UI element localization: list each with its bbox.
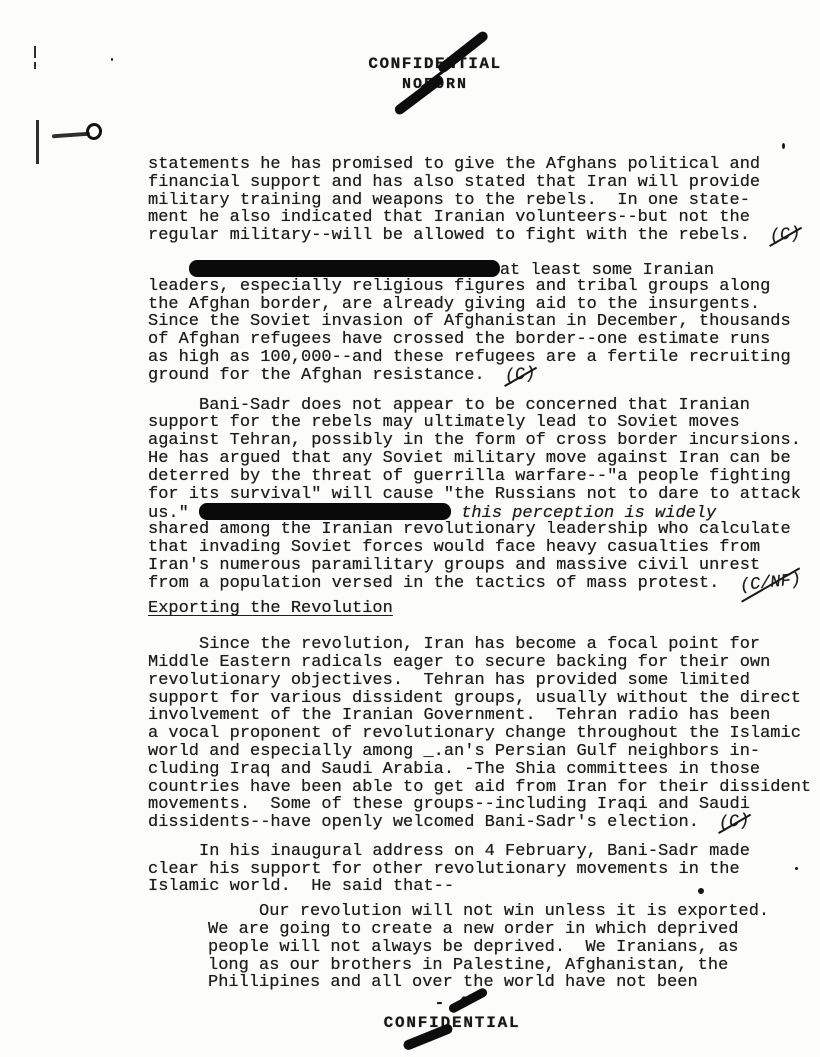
text-segment: against Tehran, possibly in the form of … — [148, 431, 801, 450]
text-segment: for its survival" will cause "the Russia… — [148, 485, 801, 504]
text-segment: In his inaugural address on 4 February, … — [148, 842, 750, 861]
text-line: that invading Soviet forces would face h… — [148, 539, 820, 557]
text-segment: of Afghan refugees have crossed the bord… — [148, 330, 770, 349]
text-segment: Islamic world. He said that-- — [148, 877, 454, 896]
text-segment: world and especially among _.an's Persia… — [148, 742, 760, 761]
text-line: people will not always be deprived. We I… — [208, 939, 820, 957]
text-line: dissidents--have openly welcomed Bani-Sa… — [148, 814, 820, 832]
text-line: ment he also indicated that Iranian volu… — [148, 209, 820, 227]
text-segment: cluding Iraq and Saudi Arabia. -The Shia… — [148, 760, 760, 779]
margin-scribble-mark — [52, 122, 104, 144]
para-since-the-revolution: Since the revolution, Iran has become a … — [148, 636, 820, 832]
blockquote-our-revolution: Our revolution will not win unless it is… — [208, 903, 820, 992]
margin-line-mark — [34, 62, 36, 69]
text-segment: Exporting the Revolution — [148, 599, 393, 618]
text-segment: financial support and has also stated th… — [148, 173, 760, 192]
text-segment: Iran's numerous paramilitary groups and … — [148, 556, 760, 575]
text-line: He has argued that any Soviet military m… — [148, 450, 820, 468]
text-segment: He has argued that any Soviet military m… — [148, 449, 791, 468]
text-segment: Bani-Sadr does not appear to be concerne… — [148, 396, 750, 415]
ink-speck — [111, 58, 113, 61]
text-line: involvement of the Iranian Government. T… — [148, 707, 820, 725]
text-line: Our revolution will not win unless it is… — [208, 903, 820, 921]
text-segment: long as our brothers in Palestine, Afgha… — [208, 956, 728, 975]
text-segment — [485, 366, 505, 385]
text-line: against Tehran, possibly in the form of … — [148, 432, 820, 450]
text-segment: dissidents--have openly welcomed Bani-Sa… — [148, 813, 699, 832]
classification-mark: (C) — [769, 226, 801, 247]
text-segment: people will not always be deprived. We I… — [208, 938, 739, 957]
redaction-bar — [199, 503, 451, 520]
text-line: statements he has promised to give the A… — [148, 156, 820, 174]
text-segment — [750, 226, 770, 245]
document-body: statements he has promised to give the A… — [148, 150, 820, 992]
text-line: revolutionary objectives. Tehran has pro… — [148, 672, 820, 690]
text-segment: support for the rebels may ultimately le… — [148, 413, 740, 432]
margin-line-mark — [36, 120, 39, 164]
text-line: Since the Soviet invasion of Afghanistan… — [148, 313, 820, 331]
text-line: ground for the Afghan resistance. (C) — [148, 367, 820, 385]
text-segment: Since the revolution, Iran has become a … — [148, 635, 760, 654]
text-line: from a population versed in the tactics … — [148, 575, 820, 593]
text-line: military training and weapons to the reb… — [148, 192, 820, 210]
text-segment: the Afghan border, are already giving ai… — [148, 295, 760, 314]
para-inaugural-address: In his inaugural address on 4 February, … — [148, 843, 820, 896]
text-line: deterred by the threat of guerrilla warf… — [148, 468, 820, 486]
text-segment: involvement of the Iranian Government. T… — [148, 706, 770, 725]
text-line: In his inaugural address on 4 February, … — [148, 843, 820, 861]
para-bani-sadr-soviet: Bani-Sadr does not appear to be concerne… — [148, 397, 820, 593]
section-heading-exporting-the-revolution: Exporting the Revolution — [148, 600, 820, 618]
text-line: for its survival" will cause "the Russia… — [148, 486, 820, 504]
text-line: a vocal proponent of revolutionary chang… — [148, 725, 820, 743]
margin-line-mark — [34, 46, 36, 58]
classification-mark: (C) — [718, 813, 750, 834]
redaction-bar — [189, 260, 500, 277]
text-segment: clear his support for other revolutionar… — [148, 860, 740, 879]
text-line: as high as 100,000--and these refugees a… — [148, 349, 820, 367]
text-line: shared among the Iranian revolutionary l… — [148, 521, 820, 539]
para-afghan-support: statements he has promised to give the A… — [148, 156, 820, 245]
text-line: Since the revolution, Iran has become a … — [148, 636, 820, 654]
text-line: of Afghan refugees have crossed the bord… — [148, 331, 820, 349]
scribble-loop — [84, 121, 104, 141]
classification-mark: (C) — [504, 365, 536, 386]
text-segment: Middle Eastern radicals eager to secure … — [148, 653, 770, 672]
text-line: Islamic world. He said that-- — [148, 878, 820, 896]
text-segment: We are going to create a new order in wh… — [208, 920, 739, 939]
text-line: Phillipines and all over the world have … — [208, 974, 820, 992]
text-segment: revolutionary objectives. Tehran has pro… — [148, 671, 750, 690]
text-line: Exporting the Revolution — [148, 600, 820, 618]
text-segment: Since the Soviet invasion of Afghanistan… — [148, 312, 791, 331]
text-line: leaders, especially religious figures an… — [148, 278, 820, 296]
text-segment — [719, 574, 739, 593]
text-segment: military training and weapons to the reb… — [148, 191, 750, 210]
classification-mark: (C/NF) — [739, 571, 802, 595]
text-line: the Afghan border, are already giving ai… — [148, 296, 820, 314]
text-segment: that invading Soviet forces would face h… — [148, 538, 760, 557]
text-line: long as our brothers in Palestine, Afgha… — [208, 957, 820, 975]
text-segment: leaders, especially religious figures an… — [148, 277, 770, 296]
text-segment — [699, 813, 719, 832]
text-line: Bani-Sadr does not appear to be concerne… — [148, 397, 820, 415]
text-line: clear his support for other revolutionar… — [148, 861, 820, 879]
text-segment: support for various dissident groups, us… — [148, 689, 801, 708]
text-line: movements. Some of these groups--includi… — [148, 796, 820, 814]
text-line: at least some Iranian — [148, 260, 820, 278]
text-segment: movements. Some of these groups--includi… — [148, 795, 750, 814]
text-segment: regular military--will be allowed to fig… — [148, 226, 750, 245]
text-line: support for the rebels may ultimately le… — [148, 414, 820, 432]
text-segment: as high as 100,000--and these refugees a… — [148, 348, 791, 367]
text-segment: shared among the Iranian revolutionary l… — [148, 520, 791, 539]
document-page: CONFIDENTIAL NOFORN statements he has pr… — [0, 0, 820, 1057]
scribble-stroke — [52, 132, 90, 139]
text-line: Middle Eastern radicals eager to secure … — [148, 654, 820, 672]
text-line: us." this perception is widely — [148, 503, 820, 521]
text-segment: ground for the Afghan resistance. — [148, 366, 485, 385]
text-line: financial support and has also stated th… — [148, 174, 820, 192]
text-line: cluding Iraq and Saudi Arabia. -The Shia… — [148, 761, 820, 779]
text-line: world and especially among _.an's Persia… — [148, 743, 820, 761]
text-line: countries have been able to get aid from… — [148, 779, 820, 797]
text-line: Iran's numerous paramilitary groups and … — [148, 557, 820, 575]
text-segment: Phillipines and all over the world have … — [208, 973, 698, 992]
text-segment: statements he has promised to give the A… — [148, 155, 760, 174]
text-segment: countries have been able to get aid from… — [148, 778, 811, 797]
text-segment: a vocal proponent of revolutionary chang… — [148, 724, 801, 743]
header-classification-text: CONFIDENTIAL — [330, 55, 540, 73]
text-line: We are going to create a new order in wh… — [208, 921, 820, 939]
text-line: regular military--will be allowed to fig… — [148, 227, 820, 245]
text-segment: ment he also indicated that Iranian volu… — [148, 208, 750, 227]
text-segment: Our revolution will not win unless it is… — [208, 902, 769, 921]
text-line: support for various dissident groups, us… — [148, 690, 820, 708]
ink-speck — [782, 143, 785, 149]
para-iranian-leaders-aid: at least some Iranianleaders, especially… — [148, 260, 820, 385]
text-segment: deterred by the threat of guerrilla warf… — [148, 467, 791, 486]
text-segment: from a population versed in the tactics … — [148, 574, 719, 593]
